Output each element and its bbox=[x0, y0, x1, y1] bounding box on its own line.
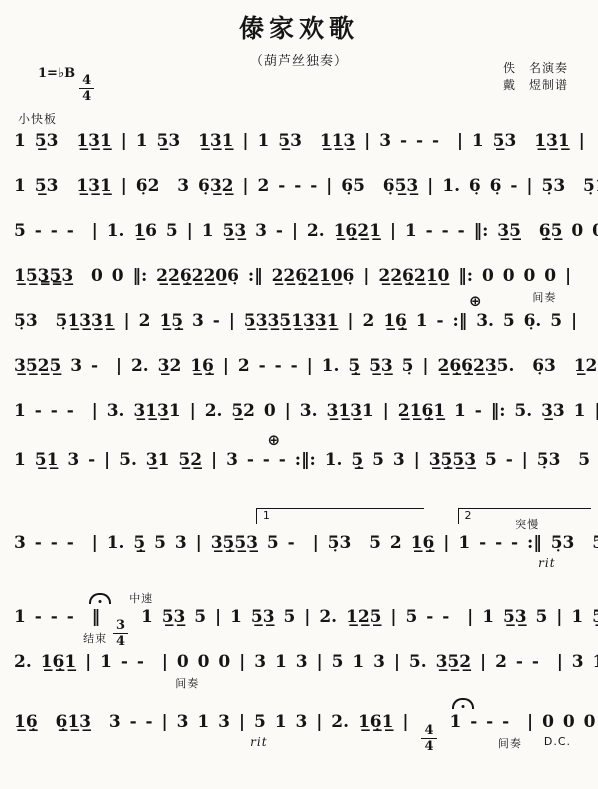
inline-time-signature: 34 bbox=[113, 619, 128, 648]
music-notation: 1 - - - ‖ bbox=[14, 607, 109, 627]
music-line: 1 - - - ‖ 34 1 5̲3̲ 5 | 1 5̲3̲ 5 | 2. 1̲… bbox=[14, 607, 590, 631]
annotation-label: 结束 bbox=[83, 630, 107, 646]
time-signature-denominator: 4 bbox=[424, 739, 433, 753]
annotation-label: rit bbox=[538, 556, 555, 570]
time-signature-denominator: 4 bbox=[116, 634, 125, 648]
music-line: 1̲6̲̣ 6̲̣1̲3̲ 3 - - | 3 1 3 | 5 1 3 | 2.… bbox=[14, 712, 590, 736]
music-line: 3̲5̲2̲5̲ 3 - | 2. 3̲2 1̲6̲̣ | 2 - - - | … bbox=[14, 356, 590, 380]
music-notation: 3̲5̲2̲5̲ 3 - | 2. 3̲2 1̲6̲̣ | 2 - - - | … bbox=[14, 356, 598, 376]
music-line: 1 5̲1̲ 3 - | 5. 3̲1 5̲2̲ | 3 - - - :‖: 1… bbox=[14, 450, 590, 474]
annotation-label: 中速 bbox=[129, 590, 153, 606]
time-signature-numerator: 4 bbox=[421, 724, 436, 739]
music-notation: 5̣3 5̣1̲3̲3̲1̲ | 2 1̲5̲̣ 3 - | 5̲3̲3̲5̲1… bbox=[14, 311, 577, 331]
inline-time-signature: 44 bbox=[421, 724, 436, 753]
music-line: 1 5̲3 1̲3̲1̲ | 6̣2 3 6̣3̲2̲ | 2 - - - | … bbox=[14, 176, 590, 200]
annotation-label: 间奏 bbox=[175, 675, 199, 691]
coda-icon: ⊕ bbox=[267, 431, 281, 449]
annotation-label: 间奏 bbox=[532, 289, 556, 305]
music-line: 3 - - - | 1. 5̲̣ 5 3 | 3̲5̲̣5̲3̲ 5 - | 5… bbox=[14, 533, 590, 557]
music-notation: 1̲5̲3̳5̳3̲ 0 0 ‖: 2̲2̲6̲̣2̲2̲0̲6̣ :‖ 2̲2… bbox=[14, 266, 571, 286]
music-line: 5̣3 5̣1̲3̲3̲1̲ | 2 1̲5̲̣ 3 - | 5̲3̲3̲5̲1… bbox=[14, 311, 590, 335]
music-notation: 1 - - - | 3. 3̲1̲3̲1 | 2. 5̲2 0 | 3. 3̲1… bbox=[14, 401, 598, 421]
annotation-label: rit bbox=[250, 735, 267, 749]
music-line: 2. 1̲6̲̣1̲ | 1 - - | 0 0 0 | 3 1 3 | 5 1… bbox=[14, 652, 590, 676]
time-signature-numerator: 3 bbox=[113, 619, 128, 634]
music-notation: 1̲6̲̣ 6̲̣1̲3̲ 3 - - | 3 1 3 | 5 1 3 | 2.… bbox=[14, 712, 417, 732]
music-notation: 2. 1̲6̲̣1̲ | 1 - - | 0 0 0 | 3 1 3 | 5 1… bbox=[14, 652, 598, 672]
annotation-label: D.C. bbox=[544, 735, 571, 748]
music-notation: 5 - - - | 1. 1̲6 5 | 1 5̲3̲ 3 - | 2. 1̲6… bbox=[14, 221, 598, 241]
music-notation: 1 5̲1̲ 3 - | 5. 3̲1 5̲2̲ | 3 - - - :‖: 1… bbox=[14, 450, 598, 470]
sheet-music-page: 傣家欢歌 （葫芦丝独奏） 1=♭B44 佚 名演奏 戴 煜制谱 小快板 1 5̲… bbox=[0, 0, 598, 789]
music-notation: 1 5̲3 1̲3̲1̲ | 6̣2 3 6̣3̲2̲ | 2 - - - | … bbox=[14, 176, 598, 196]
score: 1 5̲3 1̲3̲1̲ | 1 5̲3 1̲3̲1̲ | 1 5̲3 1̲1̲… bbox=[0, 0, 598, 789]
fermata-icon bbox=[452, 698, 474, 709]
music-line: 5 - - - | 1. 1̲6 5 | 1 5̲3̲ 3 - | 2. 1̲6… bbox=[14, 221, 590, 245]
annotation-label: 间奏 bbox=[498, 735, 522, 751]
music-notation: 1 5̲3̲ 5 | 1 5̲3̲ 5 | 2. 1̲2̲5̲ | 5 - - … bbox=[132, 607, 598, 627]
coda-icon: ⊕ bbox=[469, 292, 483, 310]
music-notation: 1 - - - | 0 0 0 0 ‖ bbox=[441, 712, 598, 732]
volta-bracket: 1 bbox=[256, 508, 424, 524]
music-line: 1 5̲3 1̲3̲1̲ | 1 5̲3 1̲3̲1̲ | 1 5̲3 1̲1̲… bbox=[14, 131, 590, 155]
music-notation: 3 - - - | 1. 5̲̣ 5 3 | 3̲5̲̣5̲3̲ 5 - | 5… bbox=[14, 533, 598, 553]
music-line: 1̲5̲3̳5̳3̲ 0 0 ‖: 2̲2̲6̲̣2̲2̲0̲6̣ :‖ 2̲2… bbox=[14, 266, 590, 290]
music-notation: 1 5̲3 1̲3̲1̲ | 1 5̲3 1̲3̲1̲ | 1 5̲3 1̲1̲… bbox=[14, 131, 585, 151]
fermata-icon bbox=[89, 593, 111, 604]
music-line: 1 - - - | 3. 3̲1̲3̲1 | 2. 5̲2 0 | 3. 3̲1… bbox=[14, 401, 590, 425]
annotation-label: 突慢 bbox=[515, 516, 539, 532]
